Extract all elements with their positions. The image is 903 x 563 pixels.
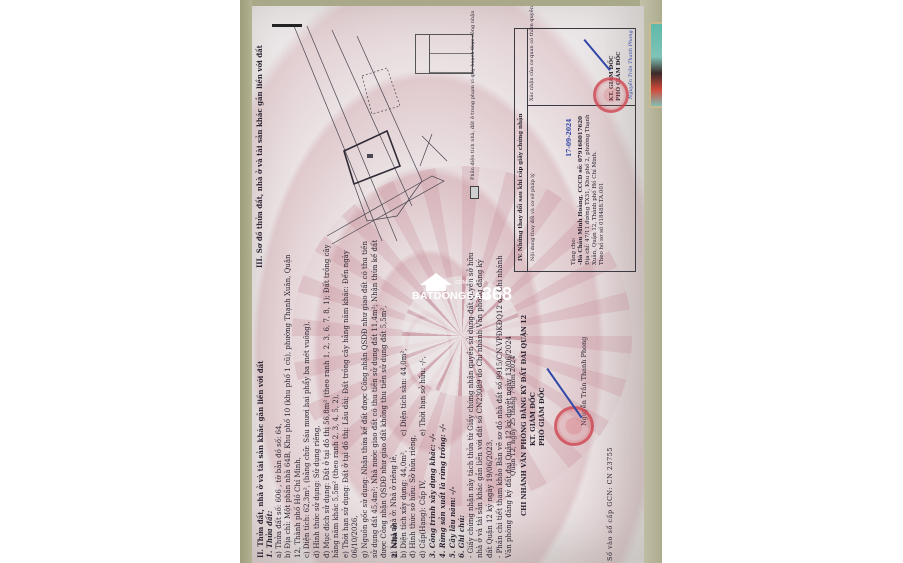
watermark-brand: BATDONGSAN	[412, 290, 489, 302]
table-surface-left	[240, 0, 252, 563]
id-card-corner	[649, 22, 662, 108]
watermark-number: 368	[482, 284, 512, 305]
red-seal-iv	[593, 77, 629, 113]
transfer-details: Tặng cho: -Bà Châu Minh Hoàng, CCCD số: …	[571, 115, 606, 266]
signature-iv	[583, 39, 610, 71]
watermark-domain: .COM.VN	[454, 280, 475, 286]
registry-number: Số vào sổ cấp GCN: CN 23755	[606, 447, 616, 561]
certificate-page: III. Sơ đồ thửa đất, nhà ở và tài sản kh…	[252, 6, 644, 563]
col-authority-header: Xác nhận của cơ quan có thẩm quyền	[529, 6, 535, 101]
changes-after-issuance-box: IV. Những thay đổi sau khi cấp giấy chứn…	[514, 28, 636, 272]
house-details-right: c) Diện tích sàn: 44,0m², e) Thời hạn sở…	[400, 349, 429, 436]
section-iv-title: IV. Những thay đổi sau khi cấp giấy chứn…	[517, 113, 527, 261]
certificate-photo: III. Sơ đồ thửa đất, nhà ở và tài sản kh…	[240, 0, 662, 563]
signing-date: Quận 12, ngày 25 tháng 7 năm 2024	[509, 356, 519, 476]
vertex-length-table	[415, 34, 473, 74]
legend-text: Phần diện tích nhà, đất ở trong phạm vi …	[470, 11, 477, 180]
batdongsan-watermark: .COM.VN BATDONGSAN 368	[410, 271, 520, 307]
issuing-office: CHI NHÁNH VĂN PHÒNG ĐĂNG KÝ ĐẤT ĐAI QUẬN…	[520, 315, 547, 516]
legend-swatch	[470, 186, 479, 199]
stamp-date: 17-09-2024	[565, 119, 575, 157]
red-seal-main	[554, 406, 594, 446]
section-iii-title: III. Sơ đồ thửa đất, nhà ở và tài sản kh…	[255, 45, 265, 268]
iv-signer-name: Nguyễn Trần Thanh Phong	[627, 30, 637, 99]
scale-bar	[272, 24, 302, 27]
land-details: 1. Thửa đất: a) Thửa đất số: 606 , tờ bả…	[265, 240, 399, 558]
col-change-content-header: Nội dung thay đổi và cơ sở pháp lý	[529, 173, 539, 261]
